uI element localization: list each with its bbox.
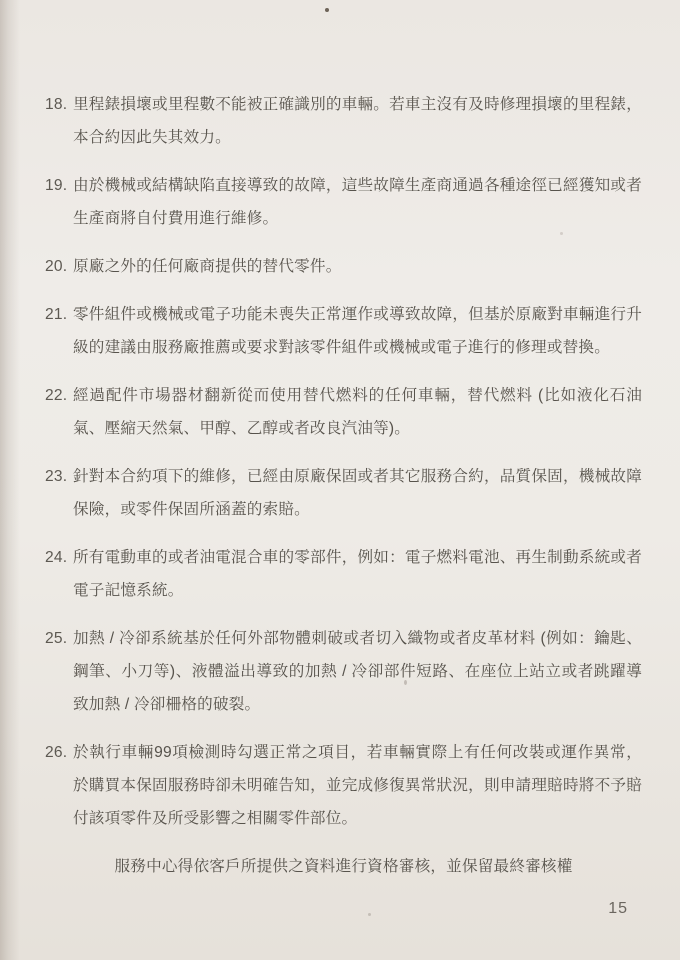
clause-item: 24. 所有電動車的或者油電混合車的零部件，例如：電子燃料電池、再生制動系統或者… (45, 541, 642, 607)
clause-number: 20. (45, 250, 73, 283)
footer-note: 服務中心得依客戶所提供之資料進行資格審核，並保留最終審核權 (45, 850, 642, 883)
clause-number: 19. (45, 169, 73, 235)
clause-text: 所有電動車的或者油電混合車的零部件，例如：電子燃料電池、再生制動系統或者電子記憶… (73, 541, 642, 607)
clause-item: 26. 於執行車輛99項檢測時勾選正常之項目，若車輛實際上有任何改裝或運作異常，… (45, 736, 642, 835)
clause-text: 零件組件或機械或電子功能未喪失正常運作或導致故障，但基於原廠對車輛進行升級的建議… (73, 298, 642, 364)
clause-item: 23. 針對本合約項下的維修，已經由原廠保固或者其它服務合約，品質保固，機械故障… (45, 460, 642, 526)
scan-speck (325, 8, 329, 12)
clause-number: 23. (45, 460, 73, 526)
clause-number: 26. (45, 736, 73, 835)
clause-text: 由於機械或結構缺陷直接導致的故障，這些故障生產商通過各種途徑已經獲知或者生產商將… (73, 169, 642, 235)
clause-text: 針對本合約項下的維修，已經由原廠保固或者其它服務合約，品質保固，機械故障保險，或… (73, 460, 642, 526)
clause-text: 經過配件市場器材翻新從而使用替代燃料的任何車輛，替代燃料 (比如液化石油氣、壓縮… (73, 379, 642, 445)
clause-item: 25. 加熱 / 冷卻系統基於任何外部物體刺破或者切入織物或者皮革材料 (例如：… (45, 622, 642, 721)
clause-text: 加熱 / 冷卻系統基於任何外部物體刺破或者切入織物或者皮革材料 (例如：鑰匙、鋼… (73, 622, 642, 721)
clause-item: 22. 經過配件市場器材翻新從而使用替代燃料的任何車輛，替代燃料 (比如液化石油… (45, 379, 642, 445)
scan-speck (368, 913, 371, 916)
clause-text: 原廠之外的任何廠商提供的替代零件。 (73, 250, 642, 283)
clause-text: 於執行車輛99項檢測時勾選正常之項目，若車輛實際上有任何改裝或運作異常，於購買本… (73, 736, 642, 835)
clause-item: 21. 零件組件或機械或電子功能未喪失正常運作或導致故障，但基於原廠對車輛進行升… (45, 298, 642, 364)
clause-item: 18. 里程錶損壞或里程數不能被正確識別的車輛。若車主沒有及時修理損壞的里程錶，… (45, 88, 642, 154)
clause-number: 21. (45, 298, 73, 364)
clause-text: 里程錶損壞或里程數不能被正確識別的車輛。若車主沒有及時修理損壞的里程錶，本合約因… (73, 88, 642, 154)
clause-number: 24. (45, 541, 73, 607)
clause-number: 18. (45, 88, 73, 154)
scan-edge-shadow (0, 0, 20, 960)
exclusion-clause-list: 18. 里程錶損壞或里程數不能被正確識別的車輛。若車主沒有及時修理損壞的里程錶，… (45, 88, 642, 835)
document-page: 18. 里程錶損壞或里程數不能被正確識別的車輛。若車主沒有及時修理損壞的里程錶，… (0, 0, 680, 960)
clause-item: 20. 原廠之外的任何廠商提供的替代零件。 (45, 250, 642, 283)
clause-item: 19. 由於機械或結構缺陷直接導致的故障，這些故障生產商通過各種途徑已經獲知或者… (45, 169, 642, 235)
clause-number: 22. (45, 379, 73, 445)
page-number: 15 (608, 900, 628, 918)
clause-number: 25. (45, 622, 73, 721)
